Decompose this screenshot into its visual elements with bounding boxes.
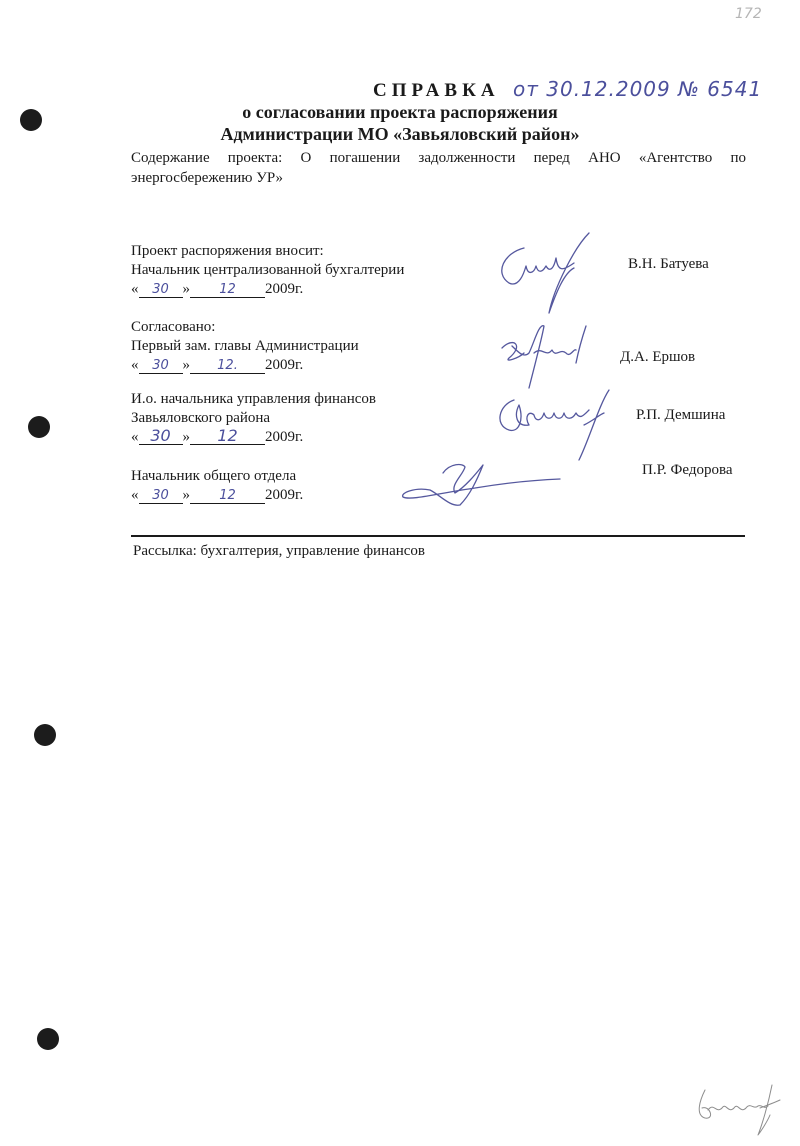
- approval-4: Начальник общего отдела «30»122009г.: [131, 467, 303, 505]
- approval-1-position: Начальник централизованной бухгалтерии: [131, 261, 404, 280]
- date-day: 30: [150, 426, 170, 445]
- approval-2-position: Первый зам. главы Администрации: [131, 337, 359, 356]
- handwritten-registration: от 30.12.2009 № 6541: [513, 77, 762, 101]
- date-day: 30: [152, 282, 169, 297]
- signature-fedorova-icon: [395, 455, 575, 515]
- project-content: Содержание проекта: О погашении задолжен…: [131, 148, 746, 188]
- date-year: 2009г.: [265, 487, 303, 503]
- date-month: 12: [219, 488, 236, 503]
- subtitle-line-2: Администрации МО «Завьяловский район»: [0, 124, 800, 145]
- divider-line: [131, 535, 745, 537]
- approval-3-heading: И.о. начальника управления финансов: [131, 390, 376, 409]
- approval-2-date: «30»12.2009г.: [131, 356, 359, 375]
- approval-2-name: Д.А. Ершов: [620, 348, 695, 367]
- approval-3-name: Р.П. Демшина: [636, 406, 725, 425]
- approval-1-name: В.Н. Батуева: [628, 255, 709, 274]
- approval-2-heading: Согласовано:: [131, 318, 359, 337]
- punch-hole: [37, 1028, 59, 1050]
- signature-batueva-icon: [494, 228, 604, 318]
- approval-1-heading: Проект распоряжения вносит:: [131, 242, 404, 261]
- punch-hole: [28, 416, 50, 438]
- date-month: 12: [219, 282, 236, 297]
- date-year: 2009г.: [265, 357, 303, 373]
- approval-3-date: «30»122009г.: [131, 428, 376, 447]
- date-year: 2009г.: [265, 429, 303, 445]
- approval-2: Согласовано: Первый зам. главы Администр…: [131, 318, 359, 375]
- date-month: 12: [217, 426, 237, 445]
- approval-4-position: Начальник общего отдела: [131, 467, 303, 486]
- distribution-list: Рассылка: бухгалтерия, управление финанс…: [133, 542, 425, 561]
- punch-hole: [34, 724, 56, 746]
- date-day: 30: [152, 488, 169, 503]
- subtitle-line-1: о согласовании проекта распоряжения: [0, 102, 800, 123]
- approval-4-date: «30»122009г.: [131, 486, 303, 505]
- signature-demshina-icon: [494, 385, 624, 465]
- approval-3: И.о. начальника управления финансов Завь…: [131, 390, 376, 447]
- signature-ershov-icon: [494, 318, 604, 393]
- approval-1: Проект распоряжения вносит: Начальник це…: [131, 242, 404, 299]
- date-month: 12.: [217, 358, 238, 373]
- date-year: 2009г.: [265, 281, 303, 297]
- approval-1-date: «30»122009г.: [131, 280, 404, 299]
- signature-bottom-right-icon: [690, 1080, 790, 1146]
- document-title: СПРАВКА: [373, 80, 500, 102]
- approval-4-name: П.Р. Федорова: [642, 461, 733, 480]
- page-number-mark: 172: [735, 6, 762, 22]
- date-day: 30: [152, 358, 169, 373]
